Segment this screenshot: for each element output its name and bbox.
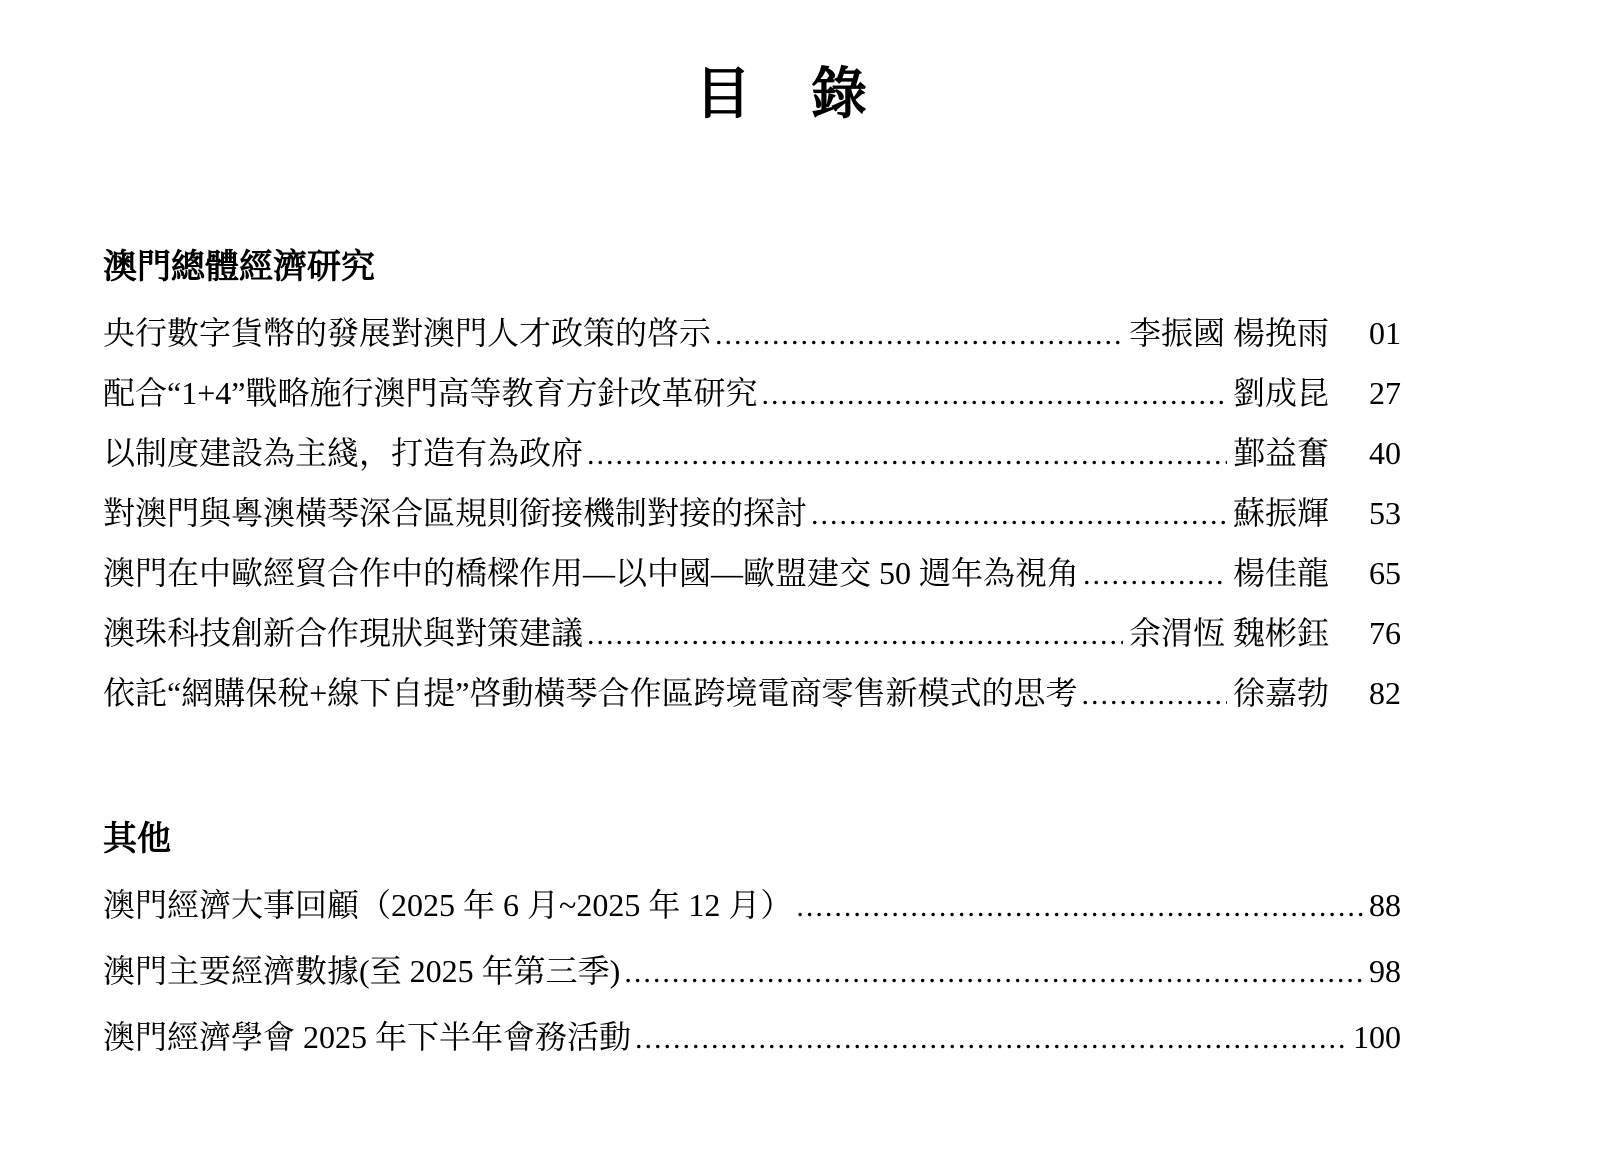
entry-authors: 劉成昆 (1231, 373, 1329, 413)
toc-entry: 澳珠科技創新合作現狀與對策建議 余渭恆 魏彬鈺 76 (103, 613, 1401, 655)
dot-leader (1081, 673, 1227, 715)
entry-authors: 楊佳龍 (1231, 553, 1329, 593)
entry-page-number: 76 (1343, 613, 1401, 653)
toc-entry: 澳門在中歐經貿合作中的橋樑作用—以中國—歐盟建交 50 週年為視角 楊佳龍 65 (103, 553, 1401, 595)
entry-authors: 余渭恆 魏彬鈺 (1127, 613, 1329, 653)
entry-page-number: 53 (1343, 493, 1401, 533)
dot-leader (1083, 553, 1227, 595)
entry-page-number: 98 (1369, 951, 1401, 991)
toc-entry: 澳門主要經濟數據(至 2025 年第三季) 98 (103, 951, 1401, 993)
entry-authors: 李振國 楊挽雨 (1127, 313, 1329, 353)
entry-title: 澳門經濟學會 2025 年下半年會務活動 (103, 1017, 631, 1057)
entry-title: 澳門在中歐經貿合作中的橋樑作用—以中國—歐盟建交 50 週年為視角 (103, 553, 1079, 593)
entry-page-number: 88 (1369, 885, 1401, 925)
entry-title: 對澳門與粵澳橫琴深合區規則銜接機制對接的探討 (103, 493, 807, 533)
dot-leader (715, 313, 1123, 355)
page-title: 目 錄 (163, 62, 1401, 129)
entry-authors: 鄞益奮 (1231, 433, 1329, 473)
toc-entry: 對澳門與粵澳橫琴深合區規則銜接機制對接的探討 蘇振輝 53 (103, 493, 1401, 535)
entry-title: 以制度建設為主綫，打造有為政府 (103, 433, 583, 473)
dot-leader (624, 951, 1363, 993)
entry-page-number: 65 (1343, 553, 1401, 593)
entry-page-number: 01 (1343, 313, 1401, 353)
dot-leader (635, 1017, 1347, 1059)
dot-leader (811, 493, 1227, 535)
dot-leader (761, 373, 1227, 415)
entry-title: 依託“網購保稅+線下自提”啓動橫琴合作區跨境電商零售新模式的思考 (103, 673, 1077, 713)
entry-authors: 蘇振輝 (1231, 493, 1329, 533)
entry-title: 澳門主要經濟數據(至 2025 年第三季) (103, 951, 620, 991)
toc-entry: 央行數字貨幣的發展對澳門人才政策的啓示 李振國 楊挽雨 01 (103, 313, 1401, 355)
toc-entry: 澳門經濟學會 2025 年下半年會務活動 100 (103, 1017, 1401, 1059)
toc-entry: 依託“網購保稅+線下自提”啓動橫琴合作區跨境電商零售新模式的思考 徐嘉勃 82 (103, 673, 1401, 715)
entry-title: 央行數字貨幣的發展對澳門人才政策的啓示 (103, 313, 711, 353)
toc-entry: 澳門經濟大事回顧（2025 年 6 月~2025 年 12 月） 88 (103, 885, 1401, 927)
toc-entry: 配合“1+4”戰略施行澳門高等教育方針改革研究 劉成昆 27 (103, 373, 1401, 415)
dot-leader (587, 433, 1227, 475)
entry-title: 配合“1+4”戰略施行澳門高等教育方針改革研究 (103, 373, 757, 413)
dot-leader (587, 613, 1123, 655)
entry-page-number: 27 (1343, 373, 1401, 413)
entry-page-number: 100 (1353, 1017, 1401, 1057)
dot-leader (796, 885, 1363, 927)
section-header: 澳門總體經濟研究 (103, 247, 1401, 289)
entry-page-number: 40 (1343, 433, 1401, 473)
entry-title: 澳門經濟大事回顧（2025 年 6 月~2025 年 12 月） (103, 885, 792, 925)
toc-page: 目 錄 澳門總體經濟研究 央行數字貨幣的發展對澳門人才政策的啓示 李振國 楊挽雨… (0, 0, 1606, 1164)
section-macau-economy-research: 澳門總體經濟研究 央行數字貨幣的發展對澳門人才政策的啓示 李振國 楊挽雨 01 … (103, 247, 1401, 715)
entry-title: 澳珠科技創新合作現狀與對策建議 (103, 613, 583, 653)
section-header: 其他 (103, 819, 1401, 861)
toc-entry: 以制度建設為主綫，打造有為政府 鄞益奮 40 (103, 433, 1401, 475)
section-others: 其他 澳門經濟大事回顧（2025 年 6 月~2025 年 12 月） 88 澳… (103, 819, 1401, 1059)
entry-authors: 徐嘉勃 (1231, 673, 1329, 713)
entry-page-number: 82 (1343, 673, 1401, 713)
